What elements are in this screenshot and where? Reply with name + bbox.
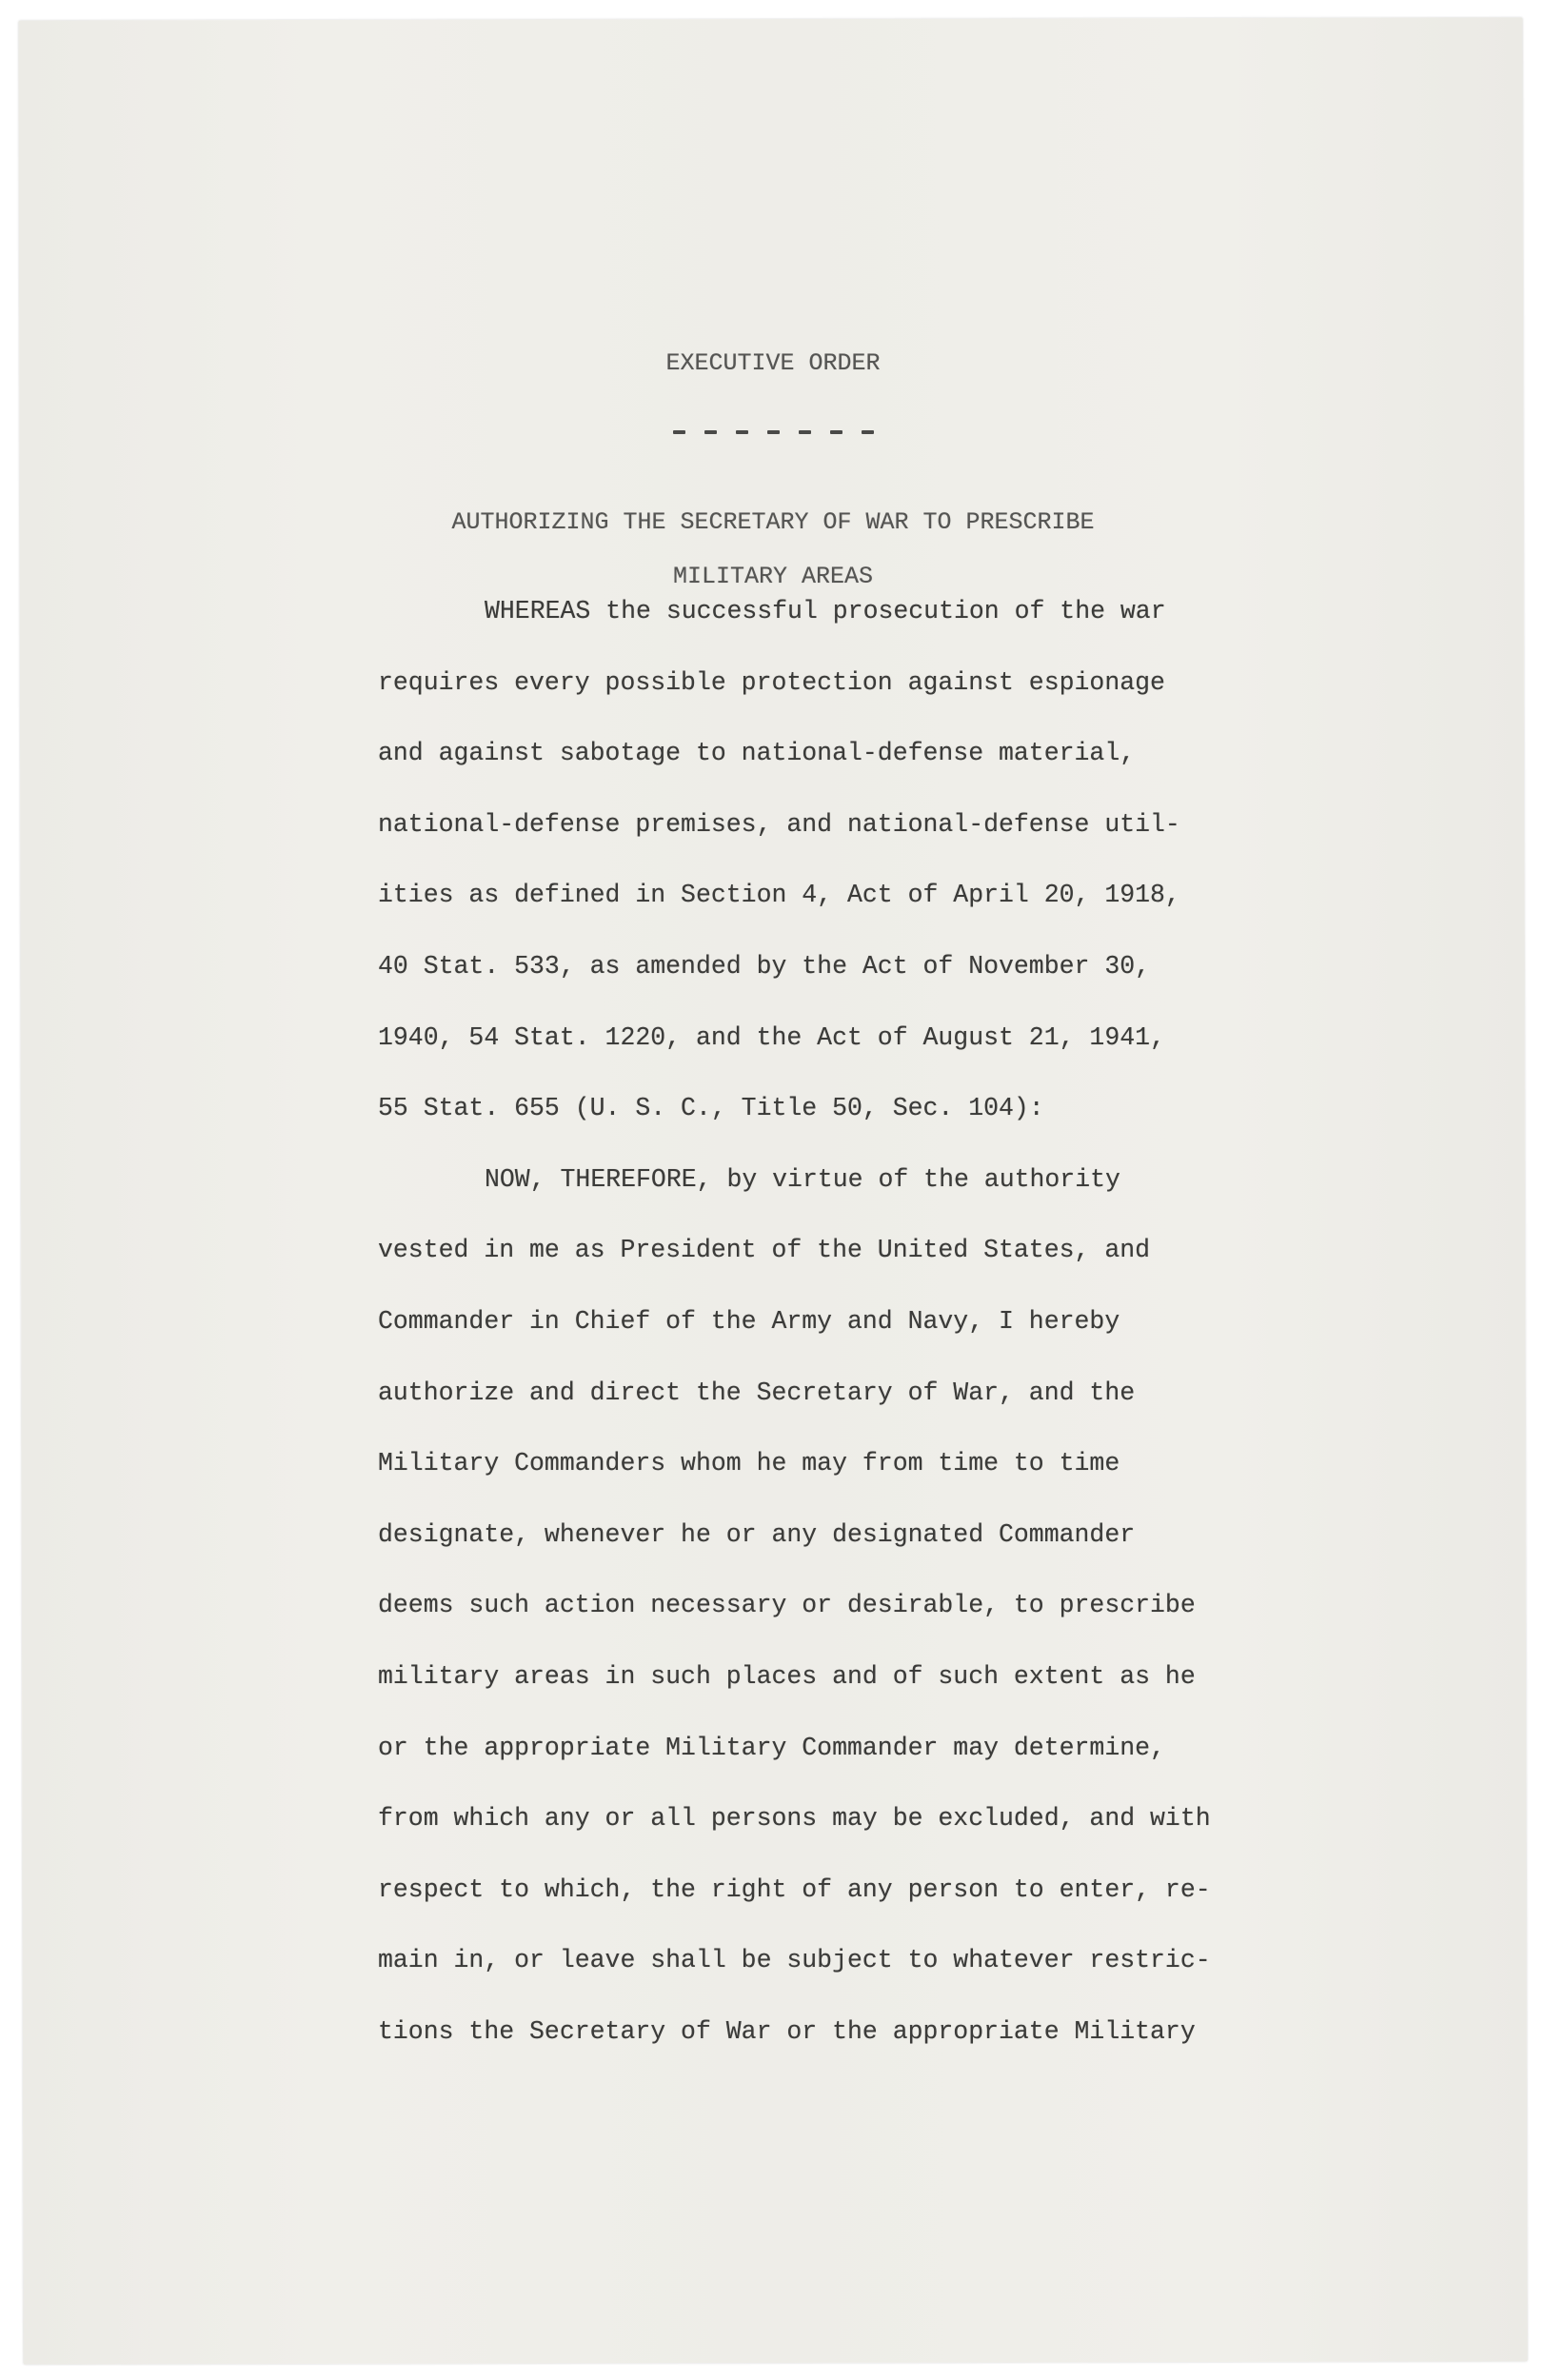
body-line: deems such action necessary or desirable… — [378, 1593, 1196, 1618]
separator-dash — [830, 430, 842, 434]
body-line: designate, whenever he or any designated… — [378, 1522, 1135, 1548]
body-line: from which any or all persons may be exc… — [378, 1806, 1211, 1832]
body-line: NOW, THEREFORE, by virtue of the authori… — [485, 1167, 1120, 1193]
subtitle-line-2: MILITARY AREAS — [0, 565, 1546, 588]
document-title: EXECUTIVE ORDER — [0, 351, 1546, 375]
separator-dash — [736, 430, 748, 434]
body-line: WHEREAS the successful prosecution of th… — [485, 599, 1166, 625]
body-line: military areas in such places and of suc… — [378, 1664, 1196, 1690]
body-line: respect to which, the right of any perso… — [378, 1877, 1211, 1903]
body-line: 1940, 54 Stat. 1220, and the Act of Augu… — [378, 1025, 1165, 1051]
body-line: ities as defined in Section 4, Act of Ap… — [378, 883, 1180, 908]
body-line: Military Commanders whom he may from tim… — [378, 1451, 1120, 1477]
body-line: main in, or leave shall be subject to wh… — [378, 1948, 1211, 1973]
separator-dash — [799, 430, 811, 434]
separator-dash — [767, 430, 780, 434]
separator-dash — [862, 430, 874, 434]
body-line: and against sabotage to national-defense… — [378, 741, 1135, 766]
separator-dash — [673, 430, 685, 434]
subtitle-line-1: AUTHORIZING THE SECRETARY OF WAR TO PRES… — [0, 510, 1546, 534]
body-line: 55 Stat. 655 (U. S. C., Title 50, Sec. 1… — [378, 1096, 1044, 1121]
body-line: authorize and direct the Secretary of Wa… — [378, 1380, 1135, 1406]
body-line: national-defense premises, and national-… — [378, 812, 1180, 838]
separator-dash — [704, 430, 717, 434]
body-line: requires every possible protection again… — [378, 670, 1165, 696]
body-line: tions the Secretary of War or the approp… — [378, 2019, 1196, 2045]
title-separator — [0, 430, 1546, 434]
body-line: 40 Stat. 533, as amended by the Act of N… — [378, 954, 1150, 980]
body-line: or the appropriate Military Commander ma… — [378, 1735, 1165, 1761]
body-line: vested in me as President of the United … — [378, 1238, 1150, 1263]
body-line: Commander in Chief of the Army and Navy,… — [378, 1309, 1120, 1335]
